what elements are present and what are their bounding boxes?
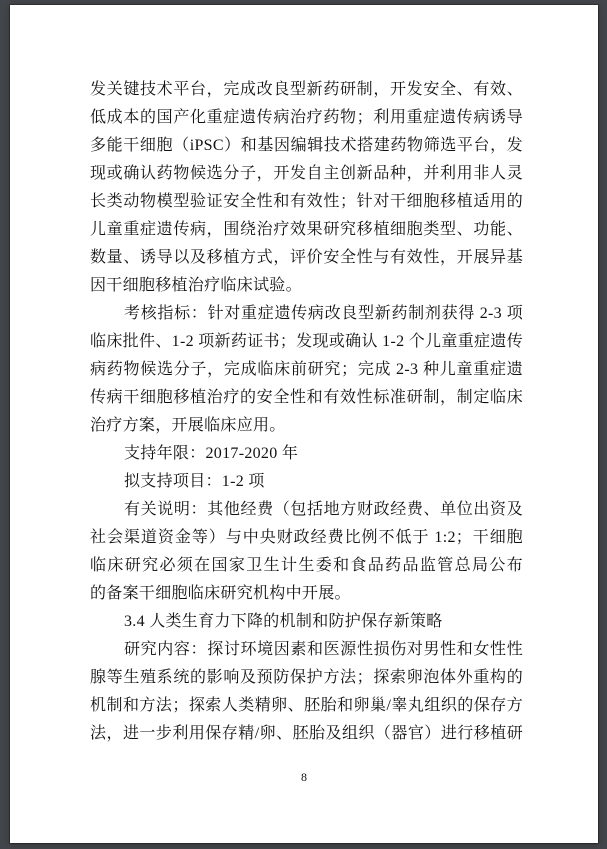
text-line: 临床研究必须在国家卫生计生委和食品药品监管总局公布: [90, 552, 523, 580]
text-line: 临床批件、1-2 项新药证书；发现或确认 1-2 个儿童重症遗传: [90, 328, 523, 356]
text-line: 机制和方法；探索人类精卵、胚胎和卵巢/睾丸组织的保存方: [90, 692, 523, 720]
text-line: 因干细胞移植治疗临床试验。: [90, 272, 523, 300]
text-line: 传病干细胞移植治疗的安全性和有效性标准研制，制定临床: [90, 384, 523, 412]
text-line: 低成本的国产化重症遗传病治疗药物；利用重症遗传病诱导: [90, 104, 523, 132]
document-viewer-background: 发关键技术平台，完成改良型新药研制，开发安全、有效、低成本的国产化重症遗传病治疗…: [0, 0, 607, 849]
text-line: 的备案干细胞临床研究机构中开展。: [90, 580, 523, 608]
text-line: 治疗方案，开展临床应用。: [90, 412, 523, 440]
text-line: 有关说明：其他经费（包括地方财政经费、单位出资及: [90, 496, 523, 524]
text-line: 腺等生殖系统的影响及预防保护方法；探索卵泡体外重构的: [90, 664, 523, 692]
text-line: 拟支持项目：1-2 项: [90, 468, 523, 496]
page-number: 8: [10, 770, 598, 785]
text-line: 现或确认药物候选分子，开发自主创新品种，并利用非人灵: [90, 160, 523, 188]
text-line: 长类动物模型验证安全性和有效性；针对干细胞移植适用的: [90, 188, 523, 216]
text-line: 法，进一步利用保存精/卵、胚胎及组织（器官）进行移植研: [90, 720, 523, 748]
text-line: 社会渠道资金等）与中央财政经费比例不低于 1:2；干细胞: [90, 524, 523, 552]
text-line: 研究内容：探讨环境因素和医源性损伤对男性和女性性: [90, 636, 523, 664]
text-line: 数量、诱导以及移植方式，评价安全性与有效性，开展异基: [90, 244, 523, 272]
text-line: 3.4 人类生育力下降的机制和防护保存新策略: [90, 608, 523, 636]
text-line: 病药物候选分子，完成临床前研究；完成 2-3 种儿童重症遗: [90, 356, 523, 384]
text-line: 考核指标：针对重症遗传病改良型新药制剂获得 2-3 项: [90, 300, 523, 328]
text-line: 支持年限：2017-2020 年: [90, 440, 523, 468]
document-page: 发关键技术平台，完成改良型新药研制，开发安全、有效、低成本的国产化重症遗传病治疗…: [10, 5, 598, 843]
document-text-block: 发关键技术平台，完成改良型新药研制，开发安全、有效、低成本的国产化重症遗传病治疗…: [90, 76, 523, 748]
text-line: 发关键技术平台，完成改良型新药研制，开发安全、有效、: [90, 76, 523, 104]
text-line: 多能干细胞（iPSC）和基因编辑技术搭建药物筛选平台，发: [90, 132, 523, 160]
text-line: 儿童重症遗传病，围绕治疗效果研究移植细胞类型、功能、: [90, 216, 523, 244]
